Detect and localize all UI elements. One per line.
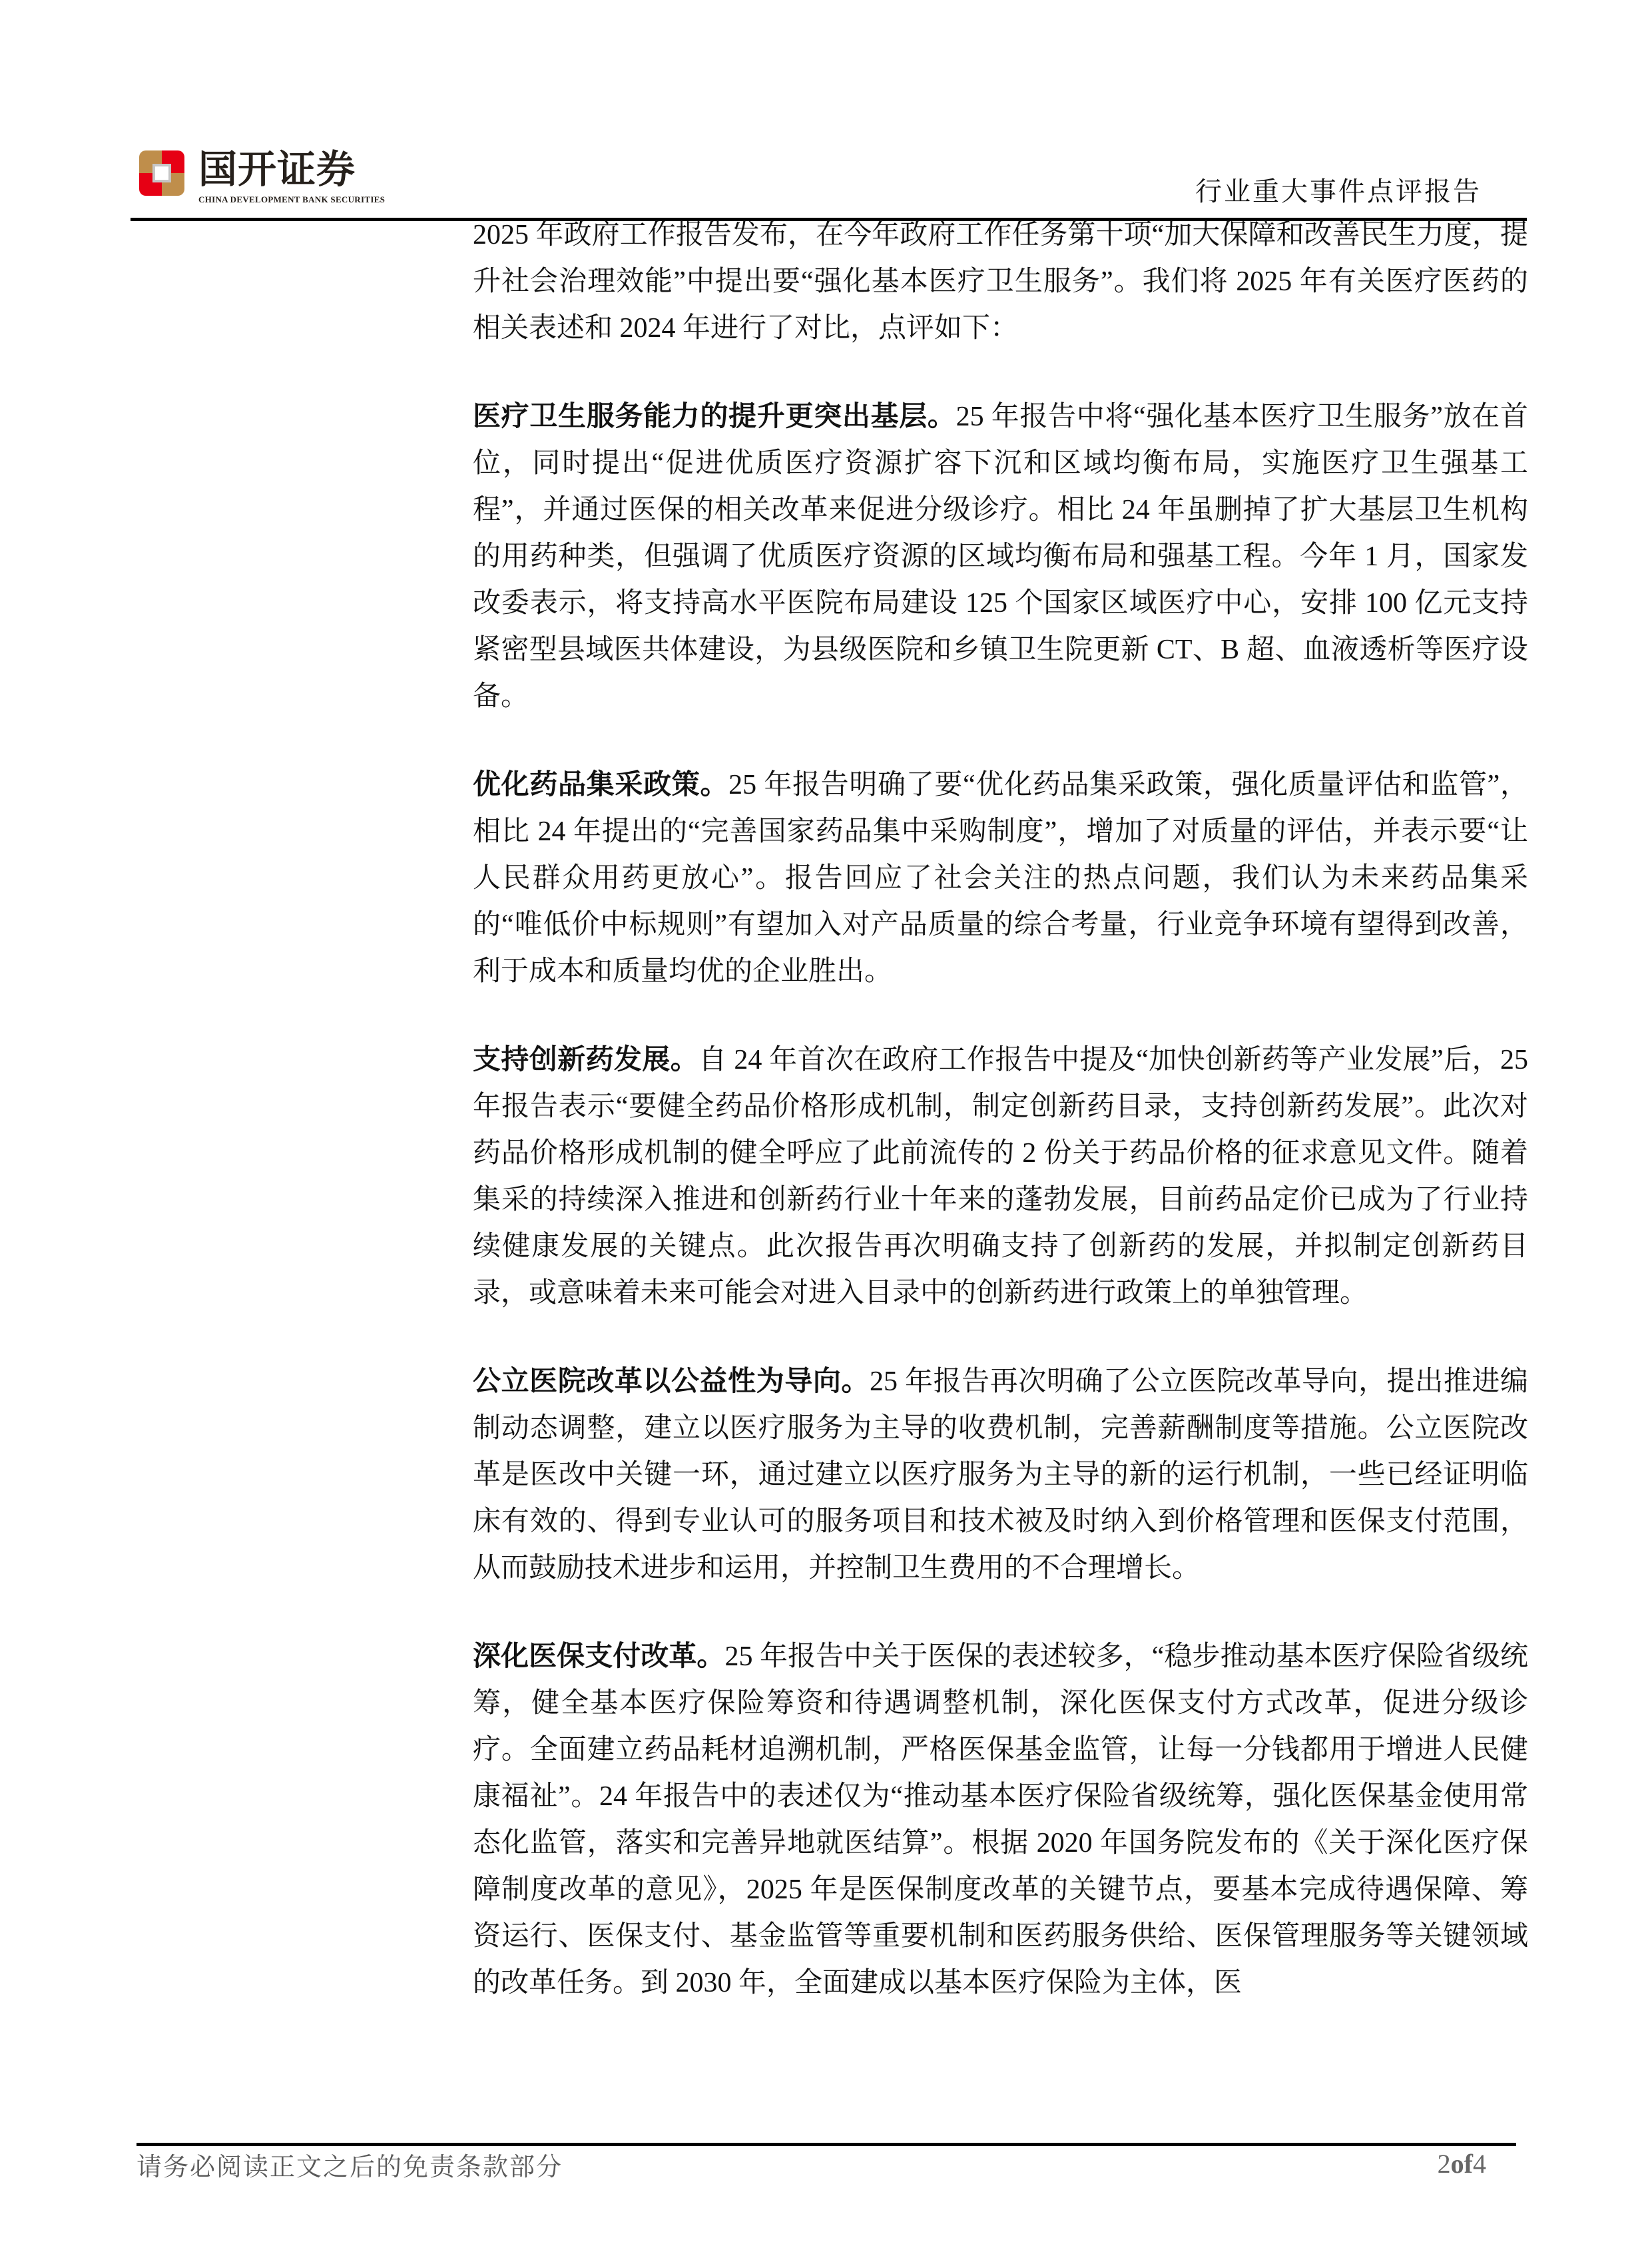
- company-name-cn: 国开证券: [198, 150, 385, 189]
- paragraph-lead: 支持创新药发展。: [473, 1045, 698, 1075]
- paragraph-lead: 优化药品集采政策。: [473, 770, 728, 800]
- paragraph-medical-insurance-reform: 深化医保支付改革。25 年报告中关于医保的表述较多，“稳步推动基本医疗保险省级统…: [473, 1633, 1528, 2006]
- disclaimer-text: 请务必阅读正文之后的免责条款部分: [137, 2153, 563, 2182]
- paragraph-lead: 公立医院改革以公益性为导向。: [473, 1366, 870, 1397]
- logo-text-block: 国开证券 CHINA DEVELOPMENT BANK SECURITIES: [198, 150, 385, 204]
- page-number-current: 2: [1438, 2149, 1451, 2179]
- paragraph-text: 自 24 年首次在政府工作报告中提及“加快创新药等产业发展”后，25 年报告表示…: [473, 1045, 1528, 1308]
- paragraph-text: 25 年报告中关于医保的表述较多，“稳步推动基本医疗保险省级统筹，健全基本医疗保…: [473, 1641, 1528, 1998]
- company-name-en: CHINA DEVELOPMENT BANK SECURITIES: [198, 195, 385, 204]
- report-page: 国开证券 CHINA DEVELOPMENT BANK SECURITIES 行…: [0, 0, 1652, 2242]
- paragraph-drug-procurement: 优化药品集采政策。25 年报告明确了要“优化药品集采政策，强化质量评估和监管”，…: [473, 762, 1528, 995]
- report-body: 2025 年政府工作报告发布，在今年政府工作任务第十项“加大保障和改善民生力度，…: [473, 212, 1528, 2006]
- page-number-separator: of: [1451, 2149, 1473, 2179]
- paragraph-text: 25 年报告明确了要“优化药品集采政策，强化质量评估和监管”，相比 24 年提出…: [473, 770, 1528, 987]
- paragraph-public-hospital-reform: 公立医院改革以公益性为导向。25 年报告再次明确了公立医院改革导向，提出推进编制…: [473, 1358, 1528, 1591]
- paragraph-lead: 深化医保支付改革。: [473, 1641, 724, 1672]
- footer-divider: [137, 2143, 1516, 2146]
- intro-paragraph: 2025 年政府工作报告发布，在今年政府工作任务第十项“加大保障和改善民生力度，…: [473, 212, 1528, 352]
- paragraph-lead: 医疗卫生服务能力的提升更突出基层。: [473, 402, 956, 432]
- paragraph-text: 25 年报告中将“强化基本医疗卫生服务”放在首位，同时提出“促进优质医疗资源扩容…: [473, 402, 1528, 712]
- paragraph-text: 25 年报告再次明确了公立医院改革导向，提出推进编制动态调整，建立以医疗服务为主…: [473, 1366, 1528, 1583]
- paragraph-basic-healthcare: 医疗卫生服务能力的提升更突出基层。25 年报告中将“强化基本医疗卫生服务”放在首…: [473, 394, 1528, 720]
- page-number: 2of4: [1438, 2149, 1486, 2179]
- report-type-label: 行业重大事件点评报告: [1195, 177, 1482, 206]
- paragraph-text: 2025 年政府工作报告发布，在今年政府工作任务第十项“加大保障和改善民生力度，…: [473, 220, 1528, 344]
- logo-center-square: [152, 164, 171, 182]
- page-number-total: 4: [1473, 2149, 1486, 2179]
- cdb-securities-logo-icon: [139, 150, 184, 196]
- company-logo: 国开证券 CHINA DEVELOPMENT BANK SECURITIES: [139, 150, 385, 204]
- paragraph-innovative-drugs: 支持创新药发展。自 24 年首次在政府工作报告中提及“加快创新药等产业发展”后，…: [473, 1037, 1528, 1316]
